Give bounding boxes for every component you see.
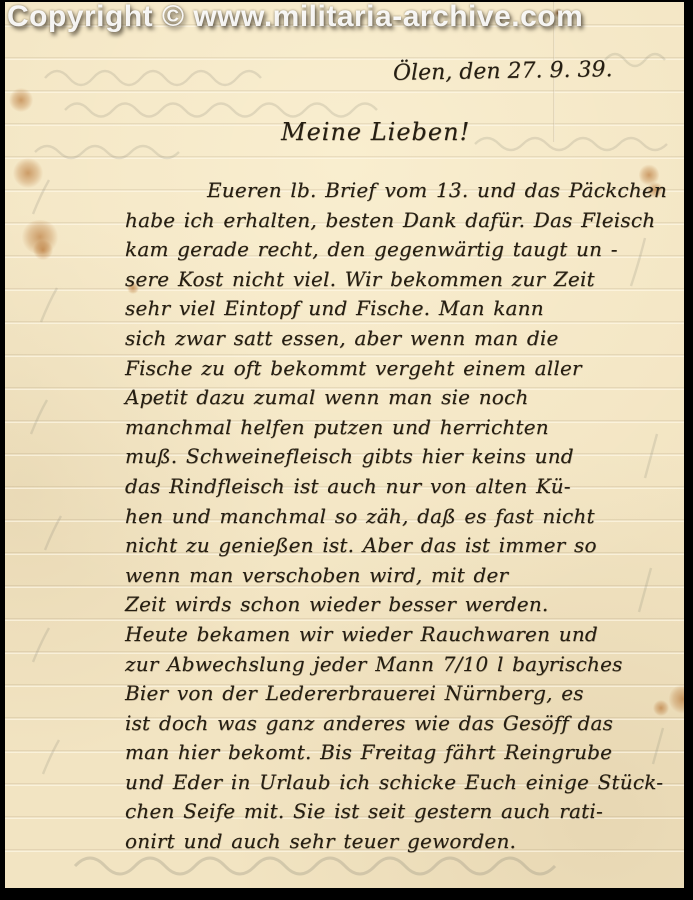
letter-line: nicht zu genießen ist. Aber das ist imme… (125, 531, 674, 561)
letter-line: onirt und auch sehr teuer geworden. (125, 827, 674, 857)
foxing-spot (33, 240, 53, 260)
letter-line: sich zwar satt essen, aber wenn man die (125, 324, 674, 354)
letter-body: Eueren lb. Brief vom 13. und das Päckche… (125, 176, 674, 857)
letter-line: Heute bekamen wir wieder Rauchwaren und (125, 620, 674, 650)
foxing-spot (13, 158, 43, 188)
copyright-watermark: Copyright © www.militaria-archive.com (7, 0, 583, 34)
letter-line: Fische zu oft bekommt vergeht einem alle… (125, 354, 674, 384)
letter-line: wenn man verschoben wird, mit der (125, 561, 674, 591)
dateline: Ölen, den 27. 9. 39. (393, 57, 613, 86)
letter-line: hen und manchmal so zäh, daß es fast nic… (125, 502, 674, 532)
scan-frame: Ölen, den 27. 9. 39. Meine Lieben! Euere… (0, 0, 693, 900)
letter-page: Ölen, den 27. 9. 39. Meine Lieben! Euere… (5, 2, 684, 888)
letter-line: ist doch was ganz anderes wie das Gesöff… (125, 709, 674, 739)
letter-line: chen Seife mit. Sie ist seit gestern auc… (125, 797, 674, 827)
letter-line: und Eder in Urlaub ich schicke Euch eini… (125, 768, 674, 798)
letter-line: muß. Schweinefleisch gibts hier keins un… (125, 442, 674, 472)
letter-line: sehr viel Eintopf und Fische. Man kann (125, 294, 674, 324)
foxing-spot (9, 88, 33, 112)
letter-line: man hier bekomt. Bis Freitag fährt Reing… (125, 738, 674, 768)
letter-line: Zeit wirds schon wieder besser werden. (125, 590, 674, 620)
letter-line: zur Abwechslung jeder Mann 7/10 l bayris… (125, 650, 674, 680)
letter-line: das Rindfleisch ist auch nur von alten K… (125, 472, 674, 502)
foxing-spot (21, 220, 59, 254)
letter-line: Eueren lb. Brief vom 13. und das Päckche… (125, 176, 674, 206)
letter-line: Bier von der Ledererbrauerei Nürnberg, e… (125, 679, 674, 709)
salutation: Meine Lieben! (281, 118, 470, 146)
letter-line: kam gerade recht, den gegenwärtig taugt … (125, 235, 674, 265)
letter-line: Apetit dazu zumal wenn man sie noch (125, 383, 674, 413)
letter-line: sere Kost nicht viel. Wir bekommen zur Z… (125, 265, 674, 295)
letter-line: habe ich erhalten, besten Dank dafür. Da… (125, 206, 674, 236)
letter-line: manchmal helfen putzen und herrichten (125, 413, 674, 443)
